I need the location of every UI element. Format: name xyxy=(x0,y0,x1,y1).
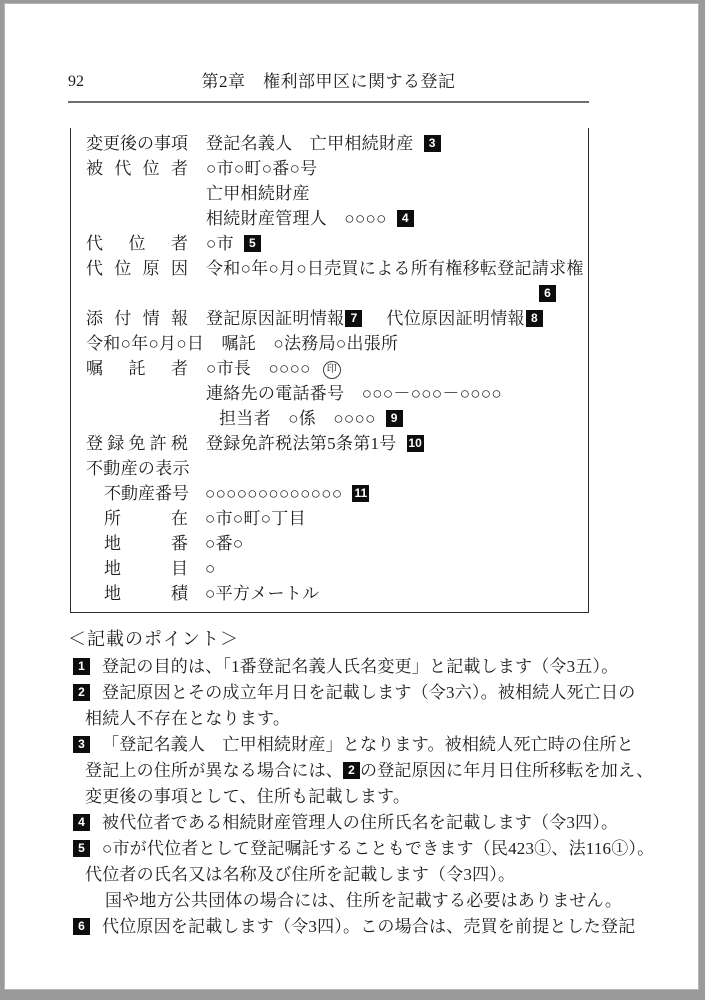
form-row-subrogated: 被代位者○市○町○番○号 xyxy=(71,156,588,181)
form-label: 地目 xyxy=(104,556,188,581)
form-label: 被代位者 xyxy=(86,156,188,181)
form-value: ○ xyxy=(205,559,216,578)
form-label: 嘱託者 xyxy=(86,356,188,381)
form-row-subrogated-cont2: 相続財産管理人 ○○○○4 xyxy=(71,206,588,231)
form-value: ○平方メートル xyxy=(205,584,319,603)
point-badge-5: 5 xyxy=(73,840,90,857)
point-text: 代位原因を記載します（令3四）。この場合は、売買を前提とした登記 xyxy=(102,917,635,936)
registration-form-box: 変更後の事項登記名義人 亡甲相続財産3 被代位者○市○町○番○号 亡甲相続財産 … xyxy=(70,128,589,613)
form-subrow-land-category: 地目○ xyxy=(71,556,588,581)
note-badge-5: 5 xyxy=(244,235,261,252)
form-label: 登録免許税 xyxy=(86,431,188,456)
point-text: 変更後の事項として、住所も記載します。 xyxy=(85,787,410,806)
form-value: 相続財産管理人 ○○○○ xyxy=(206,209,387,228)
form-value: 令和○年○月○日 嘱託 ○法務局○出張所 xyxy=(86,334,398,353)
note-badge-7: 7 xyxy=(345,310,362,327)
note-badge-10: 10 xyxy=(407,435,424,452)
form-row-cause: 代位原因令和○年○月○日売買による所有権移転登記請求権 xyxy=(71,256,588,281)
note-badge-8: 8 xyxy=(526,310,543,327)
point-item-2-cont: 相続人不存在となります。 xyxy=(68,706,648,732)
note-badge-9: 9 xyxy=(386,410,403,427)
form-label: 変更後の事項 xyxy=(86,131,188,156)
form-row-staff: 担当者 ○係 ○○○○9 xyxy=(71,406,588,431)
form-row-cause-badge: 6 xyxy=(71,281,588,306)
point-text: 登記の目的は、「1番登記名義人氏名変更」と記載します（令3五）。 xyxy=(102,657,618,676)
form-row-attachments: 添付情報登記原因証明情報7代位原因証明情報8 xyxy=(71,306,588,331)
form-value: 担当者 ○係 ○○○○ xyxy=(219,409,376,428)
point-text: 登記原因とその成立年月日を記載します（令3六）。被相続人死亡日の xyxy=(102,683,635,702)
point-text: の登記原因に年月日住所移転を加え、 xyxy=(360,761,653,780)
point-text: ○市が代位者として登記嘱託することもできます（民423①、法116①）。 xyxy=(102,839,654,858)
point-text: 相続人不存在となります。 xyxy=(85,709,290,728)
form-value: 不動産の表示 xyxy=(86,459,190,478)
form-value: 代位原因証明情報 xyxy=(386,309,524,328)
form-label: 地番 xyxy=(104,531,188,556)
form-label: 所在 xyxy=(104,506,188,531)
form-subrow-location: 所在○市○町○丁目 xyxy=(71,506,588,531)
points-section: ＜記載のポイント＞ 1登記の目的は、「1番登記名義人氏名変更」と記載します（令3… xyxy=(68,626,648,940)
form-row-subrogated-cont1: 亡甲相続財産 xyxy=(71,181,588,206)
form-value: ○市○町○丁目 xyxy=(205,509,306,528)
form-value: 登記名義人 亡甲相続財産 xyxy=(206,134,414,153)
point-item-1: 1登記の目的は、「1番登記名義人氏名変更」と記載します（令3五）。 xyxy=(68,654,648,680)
form-value: 令和○年○月○日売買による所有権移転登記請求権 xyxy=(206,259,584,278)
form-subrow-land-area: 地積○平方メートル xyxy=(71,581,588,606)
point-item-6: 6代位原因を記載します（令3四）。この場合は、売買を前提とした登記 xyxy=(68,914,648,940)
form-value: ○○○○○○○○○○○○○ xyxy=(205,484,342,503)
seal-icon: 印 xyxy=(323,361,341,379)
form-label: 代位原因 xyxy=(86,256,188,281)
form-row-subrogator: 代位者○市5 xyxy=(71,231,588,256)
form-value: ○市 xyxy=(206,234,234,253)
point-item-5-cont2: 国や地方公共団体の場合には、住所を記載する必要はありません。 xyxy=(68,888,648,914)
form-row-tax: 登録免許税登録免許税法第5条第1号10 xyxy=(71,431,588,456)
book-page: 92 第2章 権利部甲区に関する登記 変更後の事項登記名義人 亡甲相続財産3 被… xyxy=(4,3,699,990)
form-row-tel: 連絡先の電話番号 ○○○－○○○－○○○○ xyxy=(71,381,588,406)
form-subrow-lot-number: 地番○番○ xyxy=(71,531,588,556)
form-value: ○市長 ○○○○ xyxy=(206,359,311,378)
points-heading: ＜記載のポイント＞ xyxy=(68,626,648,652)
note-badge-6: 6 xyxy=(539,285,556,302)
form-value: ○番○ xyxy=(205,534,243,553)
point-badge-1: 1 xyxy=(73,658,90,675)
form-row-property-heading: 不動産の表示 xyxy=(71,456,588,481)
form-value: ○市○町○番○号 xyxy=(206,159,317,178)
note-badge-3: 3 xyxy=(424,135,441,152)
chapter-title: 第2章 権利部甲区に関する登記 xyxy=(68,70,589,94)
point-badge-2: 2 xyxy=(73,684,90,701)
point-badge-4: 4 xyxy=(73,814,90,831)
point-text: 登記上の住所が異なる場合には、 xyxy=(85,761,343,780)
form-row-change-item: 変更後の事項登記名義人 亡甲相続財産3 xyxy=(71,131,588,156)
form-row-date: 令和○年○月○日 嘱託 ○法務局○出張所 xyxy=(71,331,588,356)
form-value: 連絡先の電話番号 ○○○－○○○－○○○○ xyxy=(206,384,502,403)
point-text: 代位者の氏名又は名称及び住所を記載します（令3四）。 xyxy=(85,865,515,884)
point-item-3-cont2: 変更後の事項として、住所も記載します。 xyxy=(68,784,648,810)
form-value: 登記原因証明情報 xyxy=(206,309,344,328)
point-text: 被代位者である相続財産管理人の住所氏名を記載します（令3四）。 xyxy=(102,813,618,832)
form-label: 添付情報 xyxy=(86,306,188,331)
form-subrow-property-number: 不動産番号○○○○○○○○○○○○○11 xyxy=(71,481,588,506)
point-item-5: 5○市が代位者として登記嘱託することもできます（民423①、法116①）。 xyxy=(68,836,648,862)
header-rule xyxy=(68,101,589,103)
point-item-2: 2登記原因とその成立年月日を記載します（令3六）。被相続人死亡日の xyxy=(68,680,648,706)
point-item-5-cont1: 代位者の氏名又は名称及び住所を記載します（令3四）。 xyxy=(68,862,648,888)
point-item-4: 4被代位者である相続財産管理人の住所氏名を記載します（令3四）。 xyxy=(68,810,648,836)
point-text: 「登記名義人 亡甲相続財産」となります。被相続人死亡時の住所と xyxy=(102,735,634,754)
point-ref-badge-2: 2 xyxy=(343,762,360,779)
note-badge-4: 4 xyxy=(397,210,414,227)
form-value: 亡甲相続財産 xyxy=(206,184,310,203)
form-label: 地積 xyxy=(104,581,188,606)
form-value: 登録免許税法第5条第1号 xyxy=(206,434,397,453)
form-label: 代位者 xyxy=(86,231,188,256)
point-badge-6: 6 xyxy=(73,918,90,935)
form-row-commission: 嘱託者○市長 ○○○○印 xyxy=(71,356,588,381)
form-label: 不動産番号 xyxy=(104,481,188,506)
point-badge-3: 3 xyxy=(73,736,90,753)
point-item-3-cont1: 登記上の住所が異なる場合には、2の登記原因に年月日住所移転を加え、 xyxy=(68,758,648,784)
note-badge-11: 11 xyxy=(352,485,369,502)
point-text: 国や地方公共団体の場合には、住所を記載する必要はありません。 xyxy=(105,891,622,910)
point-item-3: 3「登記名義人 亡甲相続財産」となります。被相続人死亡時の住所と xyxy=(68,732,648,758)
